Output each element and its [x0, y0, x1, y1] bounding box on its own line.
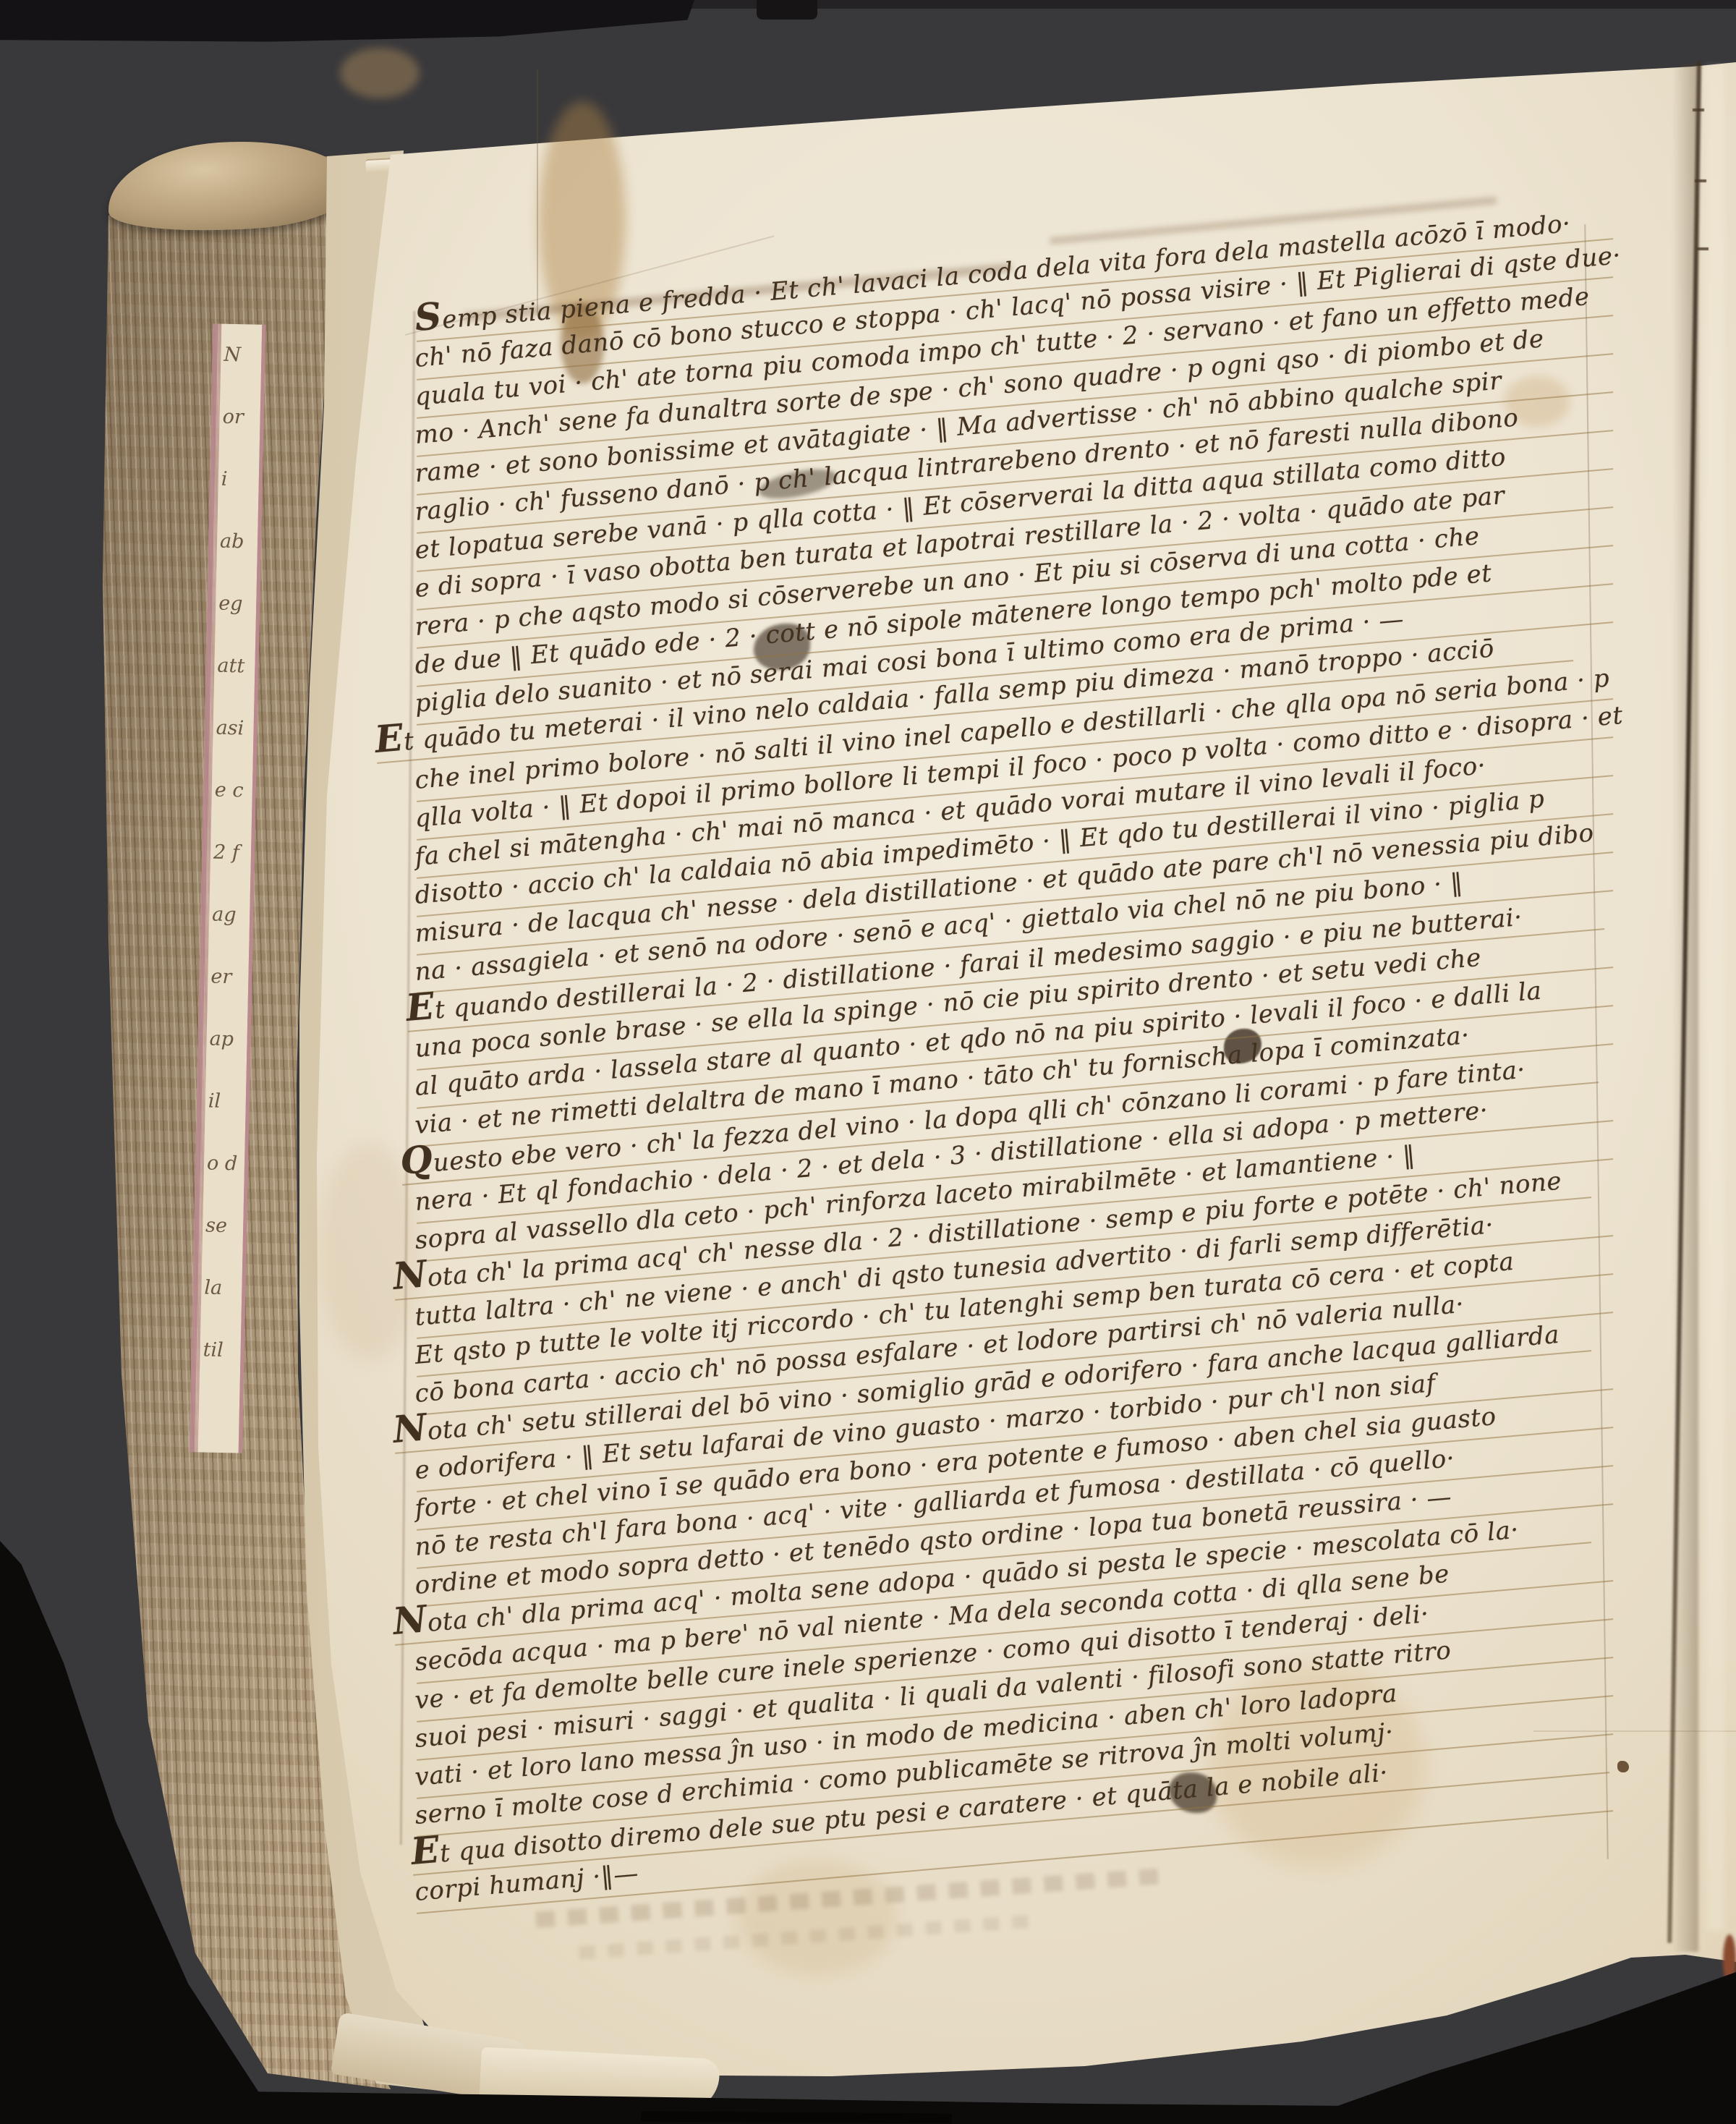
margin-fragment: o d [195, 1132, 245, 1195]
margin-fragment: eg [206, 572, 257, 635]
binding-stitch [1695, 179, 1706, 182]
margin-fragment: asi [204, 697, 255, 760]
margin-fragment: er [199, 946, 250, 1008]
binding-stitch [1697, 247, 1709, 250]
margin-fragment: ab [208, 510, 258, 573]
gutter-highlight [1706, 65, 1724, 1932]
margin-fragment: la [192, 1257, 243, 1320]
margin-fragment: il [196, 1070, 247, 1133]
photo-mask-top-dash [757, 0, 817, 20]
binding-stitch [1693, 109, 1704, 111]
manuscript-photo: { "colors": { "background": "#39383b", "… [0, 0, 1736, 2124]
photo-mask-bottom-bar [641, 2111, 952, 2123]
margin-fragment: til [191, 1319, 242, 1382]
margin-fragment: ap [197, 1008, 248, 1071]
margin-fragment: N [212, 323, 263, 386]
margin-fragment: att [205, 634, 256, 697]
margin-fragment: se [193, 1194, 244, 1257]
margin-fragment: e c [203, 759, 253, 822]
margin-fragment: ag [200, 883, 250, 946]
margin-fragment: or [210, 386, 261, 449]
text-block: Semp stia piena e fredda · Et ch' lavaci… [415, 304, 1645, 1914]
margin-fragment: i [209, 448, 260, 511]
photo-mask-top-left [0, 0, 694, 43]
top-margin-crease [537, 69, 538, 315]
margin-fragment: 2 f [201, 821, 252, 884]
stain-top-left-corner [340, 48, 420, 98]
